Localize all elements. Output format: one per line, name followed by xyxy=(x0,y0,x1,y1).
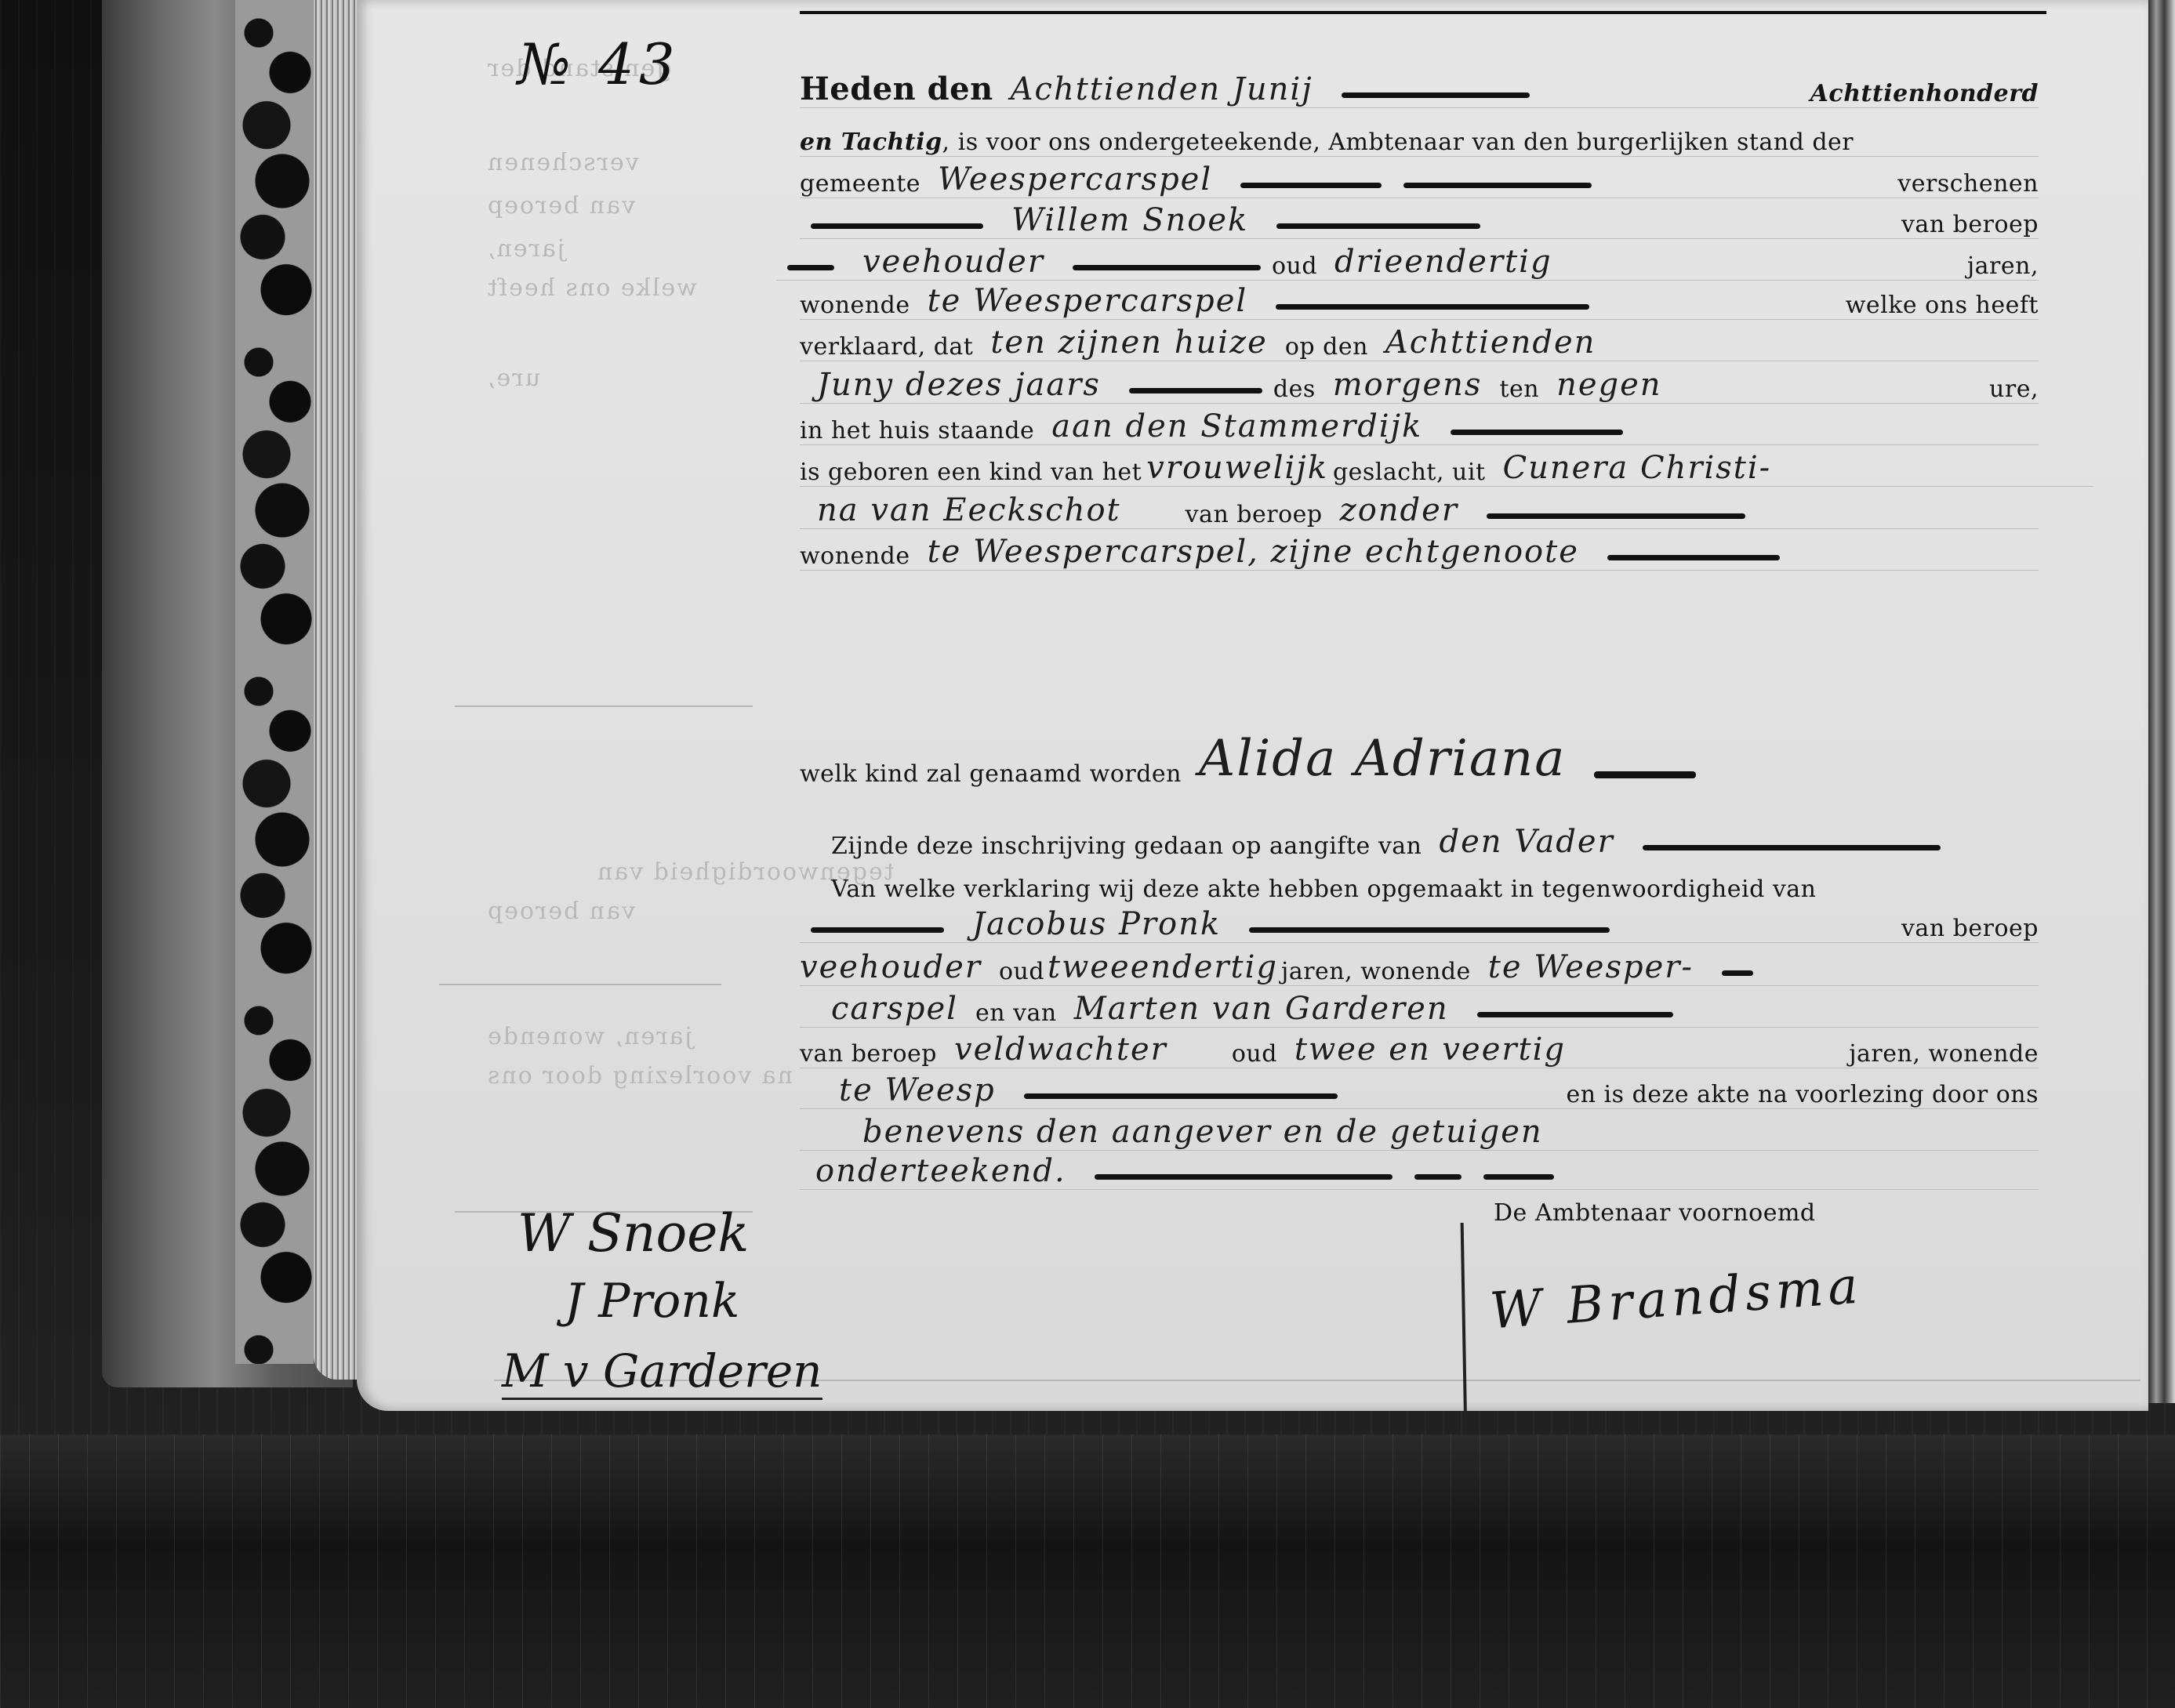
bleed-through: jaren, xyxy=(486,235,565,263)
filler-dash xyxy=(1276,223,1480,229)
filler-dash xyxy=(811,223,983,229)
official-label: De Ambtenaar voornoemd xyxy=(1494,1199,1816,1227)
filler-dash xyxy=(1451,430,1623,435)
filler-dash xyxy=(1607,555,1780,560)
form-line-child-name: welk kind zal genaamd worden Alida Adria… xyxy=(800,725,2039,788)
bleed-through: verschenen xyxy=(486,149,639,176)
filler-dash xyxy=(1024,1093,1338,1099)
signature-witness2: M v Garderen xyxy=(502,1344,822,1400)
printed-text: welk kind zal genaamd worden xyxy=(800,760,1182,788)
filler-dash xyxy=(1276,304,1589,310)
printed-text: Heden den xyxy=(800,71,993,107)
handwritten-child-name: Alida Adriana xyxy=(1199,730,1566,788)
filler-dash xyxy=(1594,771,1696,778)
header-rule xyxy=(800,11,2046,14)
handwritten-closing: onderteekend. xyxy=(815,1153,1066,1189)
page-edges xyxy=(314,0,361,1380)
filler-dash xyxy=(1240,183,1382,188)
printed-text: Achttienhonderd xyxy=(1810,80,2039,107)
filler-dash xyxy=(1414,1174,1461,1180)
form-line-witness1: Jacobus Pronk van beroep xyxy=(800,894,2039,943)
filler-dash xyxy=(1095,1174,1393,1180)
form-line-informant: Zijnde deze inschrijving gedaan op aangi… xyxy=(831,811,2093,860)
bleed-through: van beroep xyxy=(486,898,635,925)
filler-dash xyxy=(1073,265,1261,270)
ruled-line xyxy=(439,984,721,985)
filler-dash xyxy=(1722,970,1753,976)
signature-declarant: W Snoek xyxy=(517,1203,749,1264)
form-line-date: Heden den Achttienden Junij Achttienhond… xyxy=(800,59,2039,108)
filler-dash xyxy=(1483,1174,1554,1180)
marbled-endpaper xyxy=(235,0,314,1364)
handwritten-mother-residence: te Weespercarspel, zijne echtgenoote xyxy=(928,534,1579,570)
filler-dash xyxy=(1342,92,1530,98)
akte-number: № 43 xyxy=(517,31,680,97)
handwritten-date: Achttienden Junij xyxy=(1011,71,1313,107)
filler-dash xyxy=(1249,927,1610,933)
filler-dash xyxy=(1403,183,1592,188)
filler-dash xyxy=(787,265,834,270)
printed-text: wonende xyxy=(800,542,910,570)
filler-dash xyxy=(1643,845,1941,850)
form-line-mother-residence: wonende te Weespercarspel, zijne echtgen… xyxy=(800,521,2039,571)
signature-witness1: J Pronk xyxy=(565,1274,739,1329)
filler-dash xyxy=(1487,513,1745,519)
ruled-line xyxy=(455,705,753,707)
bleed-through: jaren, wonende xyxy=(486,1023,692,1050)
filler-dash xyxy=(1129,388,1262,393)
bleed-through: welke ons heeft xyxy=(486,274,697,302)
form-line-closing: onderteekend. xyxy=(800,1140,2039,1190)
bleed-through: van beroep xyxy=(486,192,635,219)
bleed-through: na voorlezing door ons xyxy=(486,1062,793,1090)
page-gutter-right xyxy=(2148,0,2175,1403)
filler-dash xyxy=(1477,1012,1673,1017)
filler-dash xyxy=(811,927,944,933)
bleed-through: ure, xyxy=(486,364,540,392)
table-surface xyxy=(0,1434,2175,1708)
